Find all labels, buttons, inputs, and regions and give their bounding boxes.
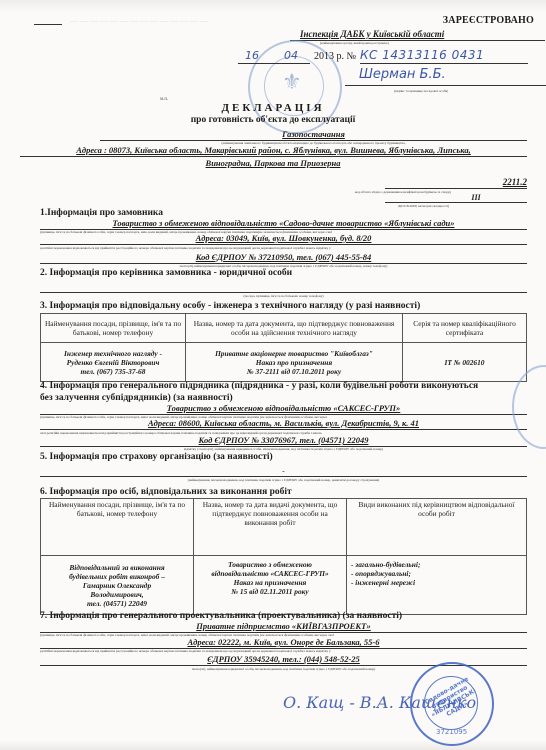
insurer-field: - [40,466,527,477]
customer-name: Товариство з обмеженою відповідальністю … [40,218,527,230]
registered-label: ЗАРЕЄСТРОВАНО [443,15,534,26]
supervisor-position: Інженер технічного нагляду - [43,349,183,358]
works-types-cell: - загально-будівельні; - опоряджувальні;… [347,556,527,615]
registration-day: 16 [245,49,259,62]
contractor-name: Товариство з обмеженою відповідальністю … [40,403,527,415]
foreman-position-line1: Відповідальний за виконання [43,563,191,572]
bleed-through-text: — — — — — — — — — — — — — — [70,16,208,25]
foreman-patronymic: Володимирович, [43,590,191,599]
registration-signature-caption: (підпис та прізвище посадової особи) [394,89,448,93]
designer-address: Адреса: 02222, м. Київ, вул. Оноре де Ба… [40,637,527,649]
stamp-code: 3721095 [436,728,467,736]
table-header-row: Найменування посади, прізвище, ім'я та п… [41,499,527,556]
object-name: Газопостачання [100,129,527,141]
foreman-document-cell: Товариство з обмеженою відповідальністю … [194,556,347,615]
designer-caption2: релігійні переконання відмовляються від … [40,649,527,653]
contractor-code: Код ЄДРПОУ № 33076967, тел. (04571) 2204… [40,435,527,447]
corner-dash [34,24,62,25]
customer-address: Адреса: 03049, Київ, вул. Шовкуненка, бу… [40,233,527,245]
object-category-caption: ДК 018-2000; категорія складності) [398,204,449,208]
supervisor-document-cell: Приватне акціонерне товариство "Київоблг… [186,343,403,382]
column-header: Найменування посади, прізвище, ім'я та п… [41,499,194,556]
section4-heading-line2: без залучення субпідрядників) (за наявно… [40,393,233,403]
supervisor-name: Руденко Євгеній Вікторович [43,358,183,367]
foreman-phone: тел. (04571) 22049 [43,599,191,608]
stamp-text: Садово-дачне товариство «ЯБЛУНІВСЬКІ САД… [422,675,481,725]
customer-caption2: релігійні переконання відмовляються від … [40,246,527,250]
foreman-order-number: № 15 від 02.11.2011 року [196,587,344,596]
supervisor-organization: Приватне акціонерне товариство "Київоблг… [188,349,400,358]
foreman-organization-line1: Товариство з обмеженою [196,560,344,569]
registration-month: 04 [284,49,298,62]
document-subtitle: про готовність об'єкта до експлуатації [0,115,546,125]
object-category: III [385,192,527,203]
insurer-caption: (найменування, місцезнаходження, код пла… [40,478,527,482]
object-code: 2211.2 [385,177,527,189]
column-header: Серія та номер кваліфікаційного сертифік… [403,314,527,343]
trident-emblem-icon: ⚜ [282,70,302,95]
contractor-address: Адреса: 08600, Київська область, м. Васи… [40,418,527,430]
tech-supervision-table: Найменування посади, прізвище, ім'я та п… [40,313,527,382]
customer-code: Код ЄДРПОУ № 37210950, тел. (067) 445-55… [40,252,527,264]
supervisor-order: Наказ про призначення [188,358,400,367]
foreman-person-cell: Відповідальний за виконання будівельних … [41,556,194,615]
foreman-order: Наказ на призначення [196,578,344,587]
supervisor-order-number: № 37-2111 від 07.10.2011 року [188,367,400,376]
supervisor-person-cell: Інженер технічного нагляду - Руденко Євг… [41,343,186,382]
column-header: Назва, номер та дата документа, що підтв… [186,314,403,343]
section3-heading: 3. Інформація про відповідальну особу - … [40,301,420,311]
responsible-persons-table: Найменування посади, прізвище, ім'я та п… [40,498,527,615]
column-header: Назва, номер та дата видачі документа, щ… [194,499,347,556]
section2-heading: 2. Інформація про керівника замовника - … [40,268,292,278]
work-type-item: - загально-будівельні; [351,560,524,569]
registration-signature: Шерман Б.Б. [345,67,546,86]
designer-name: Приватне підприємство «КИЇВГАЗПРОЕКТ» [40,621,527,633]
registration-authority-caption: (найменування органу, який провів реєстр… [320,41,389,45]
table-row: Відповідальний за виконання будівельних … [41,556,527,615]
work-type-item: - інженерні мережі [351,578,524,587]
section5-heading: 5. Інформація про страхову організацію (… [40,452,273,462]
column-header: Види виконаних під керівництвом відповід… [347,499,527,556]
foreman-organization-line2: відповідальністю «САКСЕС-ГРУП» [196,569,344,578]
column-header: Найменування посади, прізвище, ім'я та п… [41,314,186,343]
declaration-page: — — — — — — — — — — — — — — ЗАРЕЄСТРОВАН… [0,0,546,750]
customer-seal-stamp: Садово-дачне товариство «ЯБЛУНІВСЬКІ САД… [410,662,494,746]
section1-heading: 1.Інформація про замовника [40,208,163,218]
supervisor-certificate: ІТ № 002610 [403,343,527,382]
work-type-item: - опоряджувальні; [351,569,524,578]
customer-head-caption: (посада, прізвище, ім'я та по батькові, … [40,294,527,298]
object-address-line1: Адреса : 08073, Київська область, Макарі… [20,144,527,157]
table-row: Інженер технічного нагляду - Руденко Євг… [41,343,527,382]
registration-authority: Інспекція ДАБК у Київській області [290,29,545,41]
object-address-line2: Виноградна, Паркова та Приозерна [0,158,546,168]
section6-heading: 6. Інформація про осіб, відповідальних з… [40,487,292,497]
section4-heading-line1: 4. Інформація про генерального підрядник… [40,381,478,391]
registration-date: 16 04 [238,49,310,64]
contractor-caption3: відмітку у паспорті), найменування юриди… [40,447,527,451]
document-title: ДЕКЛАРАЦІЯ [0,102,546,114]
customer-head-field [40,282,527,293]
foreman-position-line2: будівельних робіт виконроб – [43,572,191,581]
foreman-name: Гамарник Олександр [43,581,191,590]
section7-heading: 7. Інформація про генерального проектува… [40,611,402,621]
registration-number: КС 14313116 0431 [360,48,528,64]
supervisor-phone: тел. (067) 735-37-68 [43,367,183,376]
table-header-row: Найменування посади, прізвище, ім'я та п… [41,314,527,343]
registration-year-label: 2013 р. № [314,51,356,62]
